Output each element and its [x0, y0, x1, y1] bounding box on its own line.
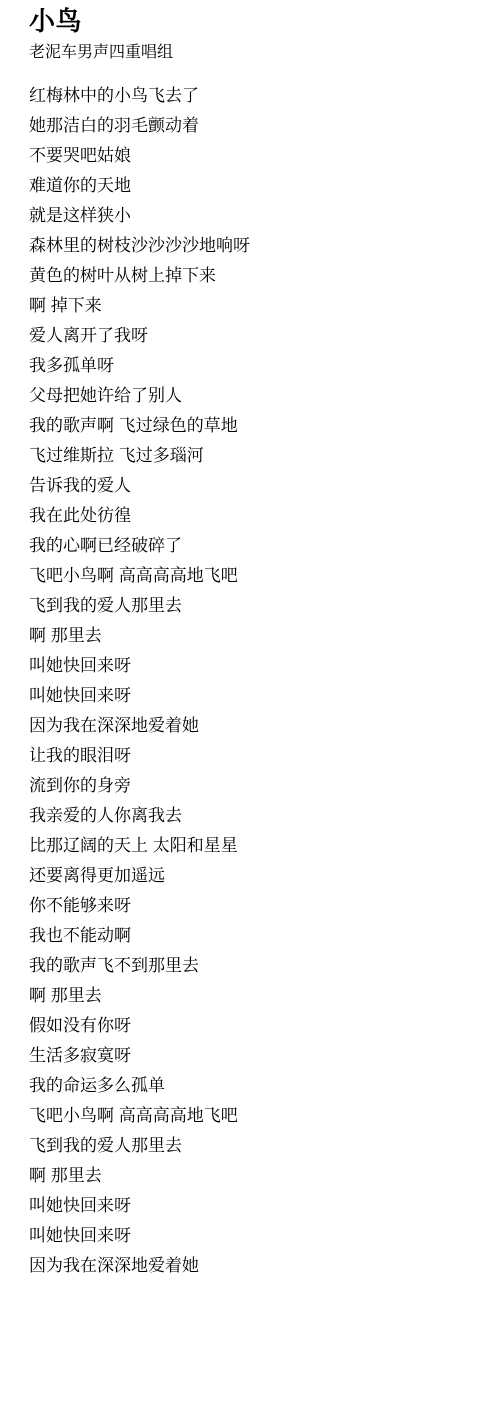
lyrics-page: 小鸟 老泥车男声四重唱组 红梅林中的小鸟飞去了她那洁白的羽毛颤动着不要哭吧姑娘难…	[0, 0, 500, 1420]
lyric-line: 因为我在深深地爱着她	[29, 1251, 480, 1281]
song-title: 小鸟	[29, 5, 480, 37]
lyric-line: 假如没有你呀	[29, 1011, 480, 1041]
lyric-line: 爱人离开了我呀	[29, 321, 480, 351]
lyric-line: 她那洁白的羽毛颤动着	[29, 111, 480, 141]
lyrics-list: 红梅林中的小鸟飞去了她那洁白的羽毛颤动着不要哭吧姑娘难道你的天地就是这样狭小森林…	[29, 81, 480, 1281]
lyric-line: 我的心啊已经破碎了	[29, 531, 480, 561]
lyric-line: 叫她快回来呀	[29, 1221, 480, 1251]
lyric-line: 啊 那里去	[29, 981, 480, 1011]
lyric-line: 啊 那里去	[29, 621, 480, 651]
lyric-line: 我多孤单呀	[29, 351, 480, 381]
lyric-line: 就是这样狭小	[29, 201, 480, 231]
lyric-line: 父母把她许给了别人	[29, 381, 480, 411]
lyric-line: 告诉我的爱人	[29, 471, 480, 501]
lyric-line: 让我的眼泪呀	[29, 741, 480, 771]
lyric-line: 流到你的身旁	[29, 771, 480, 801]
lyric-line: 飞到我的爱人那里去	[29, 1131, 480, 1161]
lyric-line: 黄色的树叶从树上掉下来	[29, 261, 480, 291]
lyric-line: 不要哭吧姑娘	[29, 141, 480, 171]
lyric-line: 难道你的天地	[29, 171, 480, 201]
lyric-line: 我在此处彷徨	[29, 501, 480, 531]
artist-name: 老泥车男声四重唱组	[29, 43, 480, 63]
lyric-line: 我的歌声啊 飞过绿色的草地	[29, 411, 480, 441]
lyric-line: 叫她快回来呀	[29, 681, 480, 711]
lyric-line: 我也不能动啊	[29, 921, 480, 951]
lyric-line: 啊 掉下来	[29, 291, 480, 321]
lyric-line: 啊 那里去	[29, 1161, 480, 1191]
lyric-line: 飞吧小鸟啊 高高高高地飞吧	[29, 1101, 480, 1131]
lyric-line: 我的命运多么孤单	[29, 1071, 480, 1101]
lyric-line: 飞过维斯拉 飞过多瑙河	[29, 441, 480, 471]
lyric-line: 因为我在深深地爱着她	[29, 711, 480, 741]
lyric-line: 还要离得更加遥远	[29, 861, 480, 891]
lyric-line: 生活多寂寞呀	[29, 1041, 480, 1071]
lyric-line: 叫她快回来呀	[29, 651, 480, 681]
lyric-line: 我的歌声飞不到那里去	[29, 951, 480, 981]
lyric-line: 比那辽阔的天上 太阳和星星	[29, 831, 480, 861]
lyric-line: 飞吧小鸟啊 高高高高地飞吧	[29, 561, 480, 591]
lyric-line: 我亲爱的人你离我去	[29, 801, 480, 831]
lyric-line: 叫她快回来呀	[29, 1191, 480, 1221]
lyric-line: 红梅林中的小鸟飞去了	[29, 81, 480, 111]
lyric-line: 飞到我的爱人那里去	[29, 591, 480, 621]
lyric-line: 你不能够来呀	[29, 891, 480, 921]
lyric-line: 森林里的树枝沙沙沙沙地响呀	[29, 231, 480, 261]
